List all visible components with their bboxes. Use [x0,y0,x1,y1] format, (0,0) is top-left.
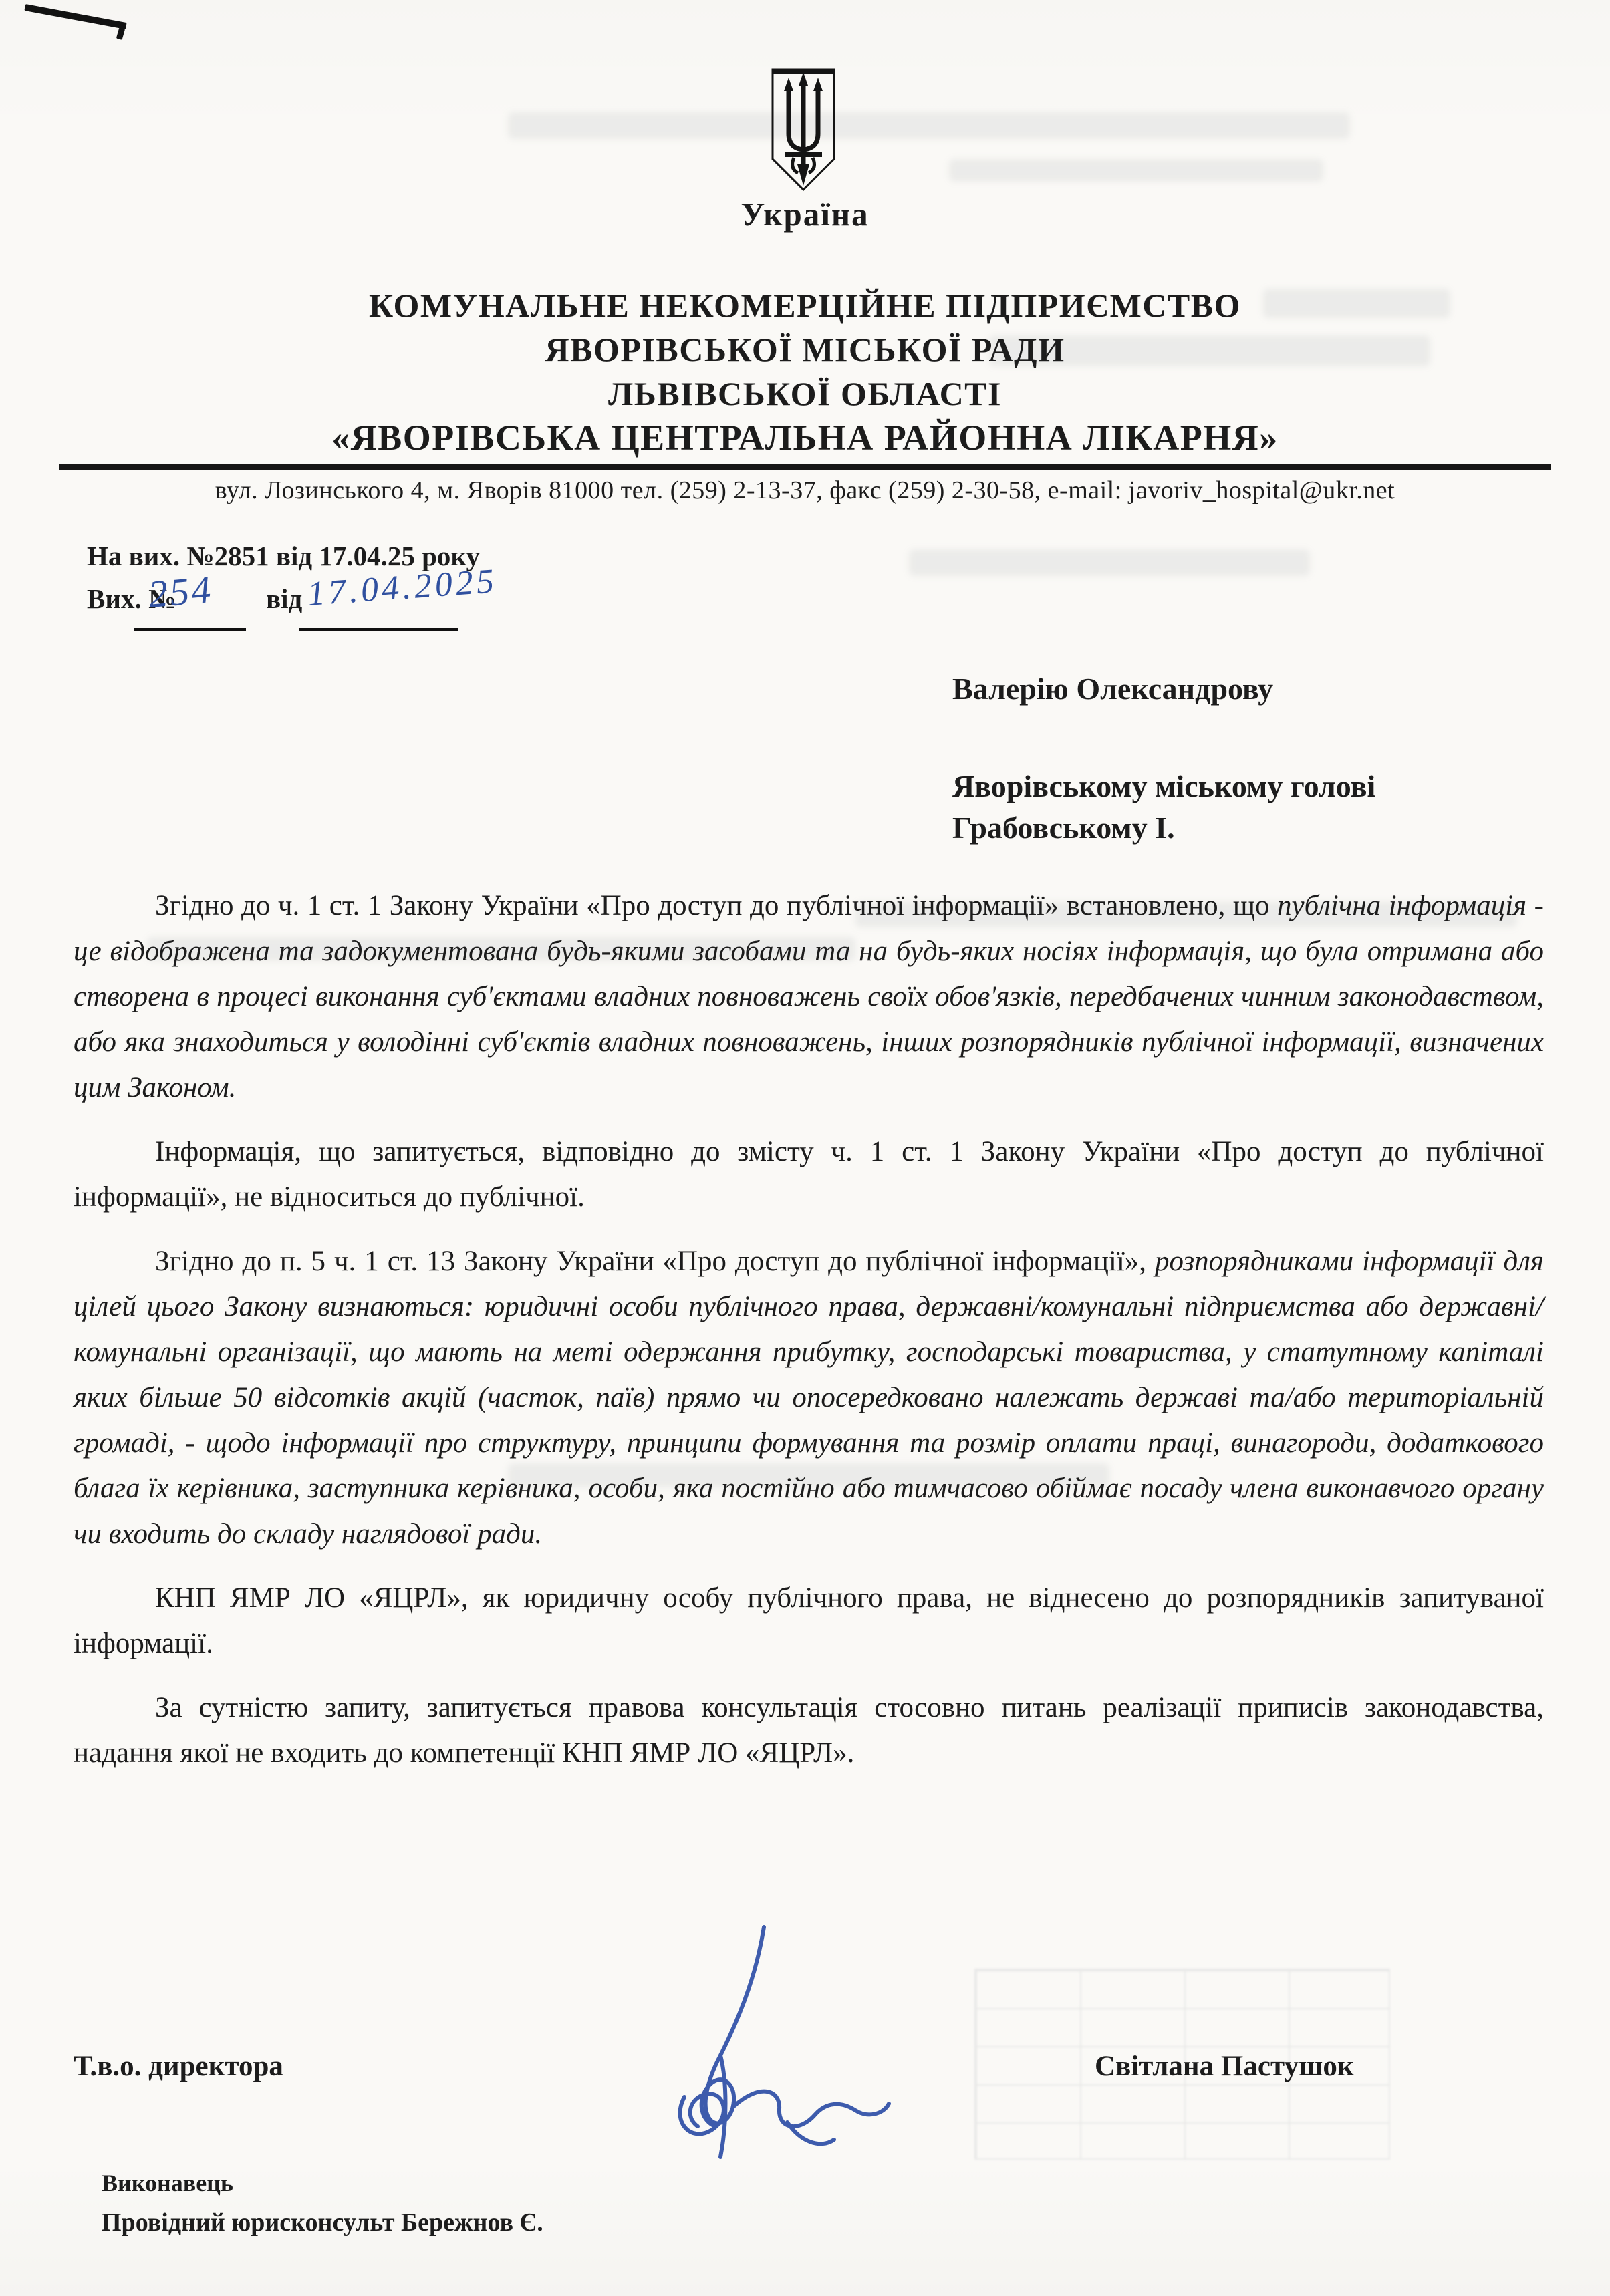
addressee-name: Валерію Олександрову [952,668,1375,710]
ukraine-trident-emblem [770,67,837,194]
outgoing-date-underline [299,628,458,631]
handwritten-signature [620,1922,901,2162]
date-label: від [266,583,302,615]
bleedthrough-smudge [909,549,1310,576]
paragraph: За сутністю запиту, запитується правова … [74,1685,1544,1776]
org-name-line: «ЯВОРІВСЬКА ЦЕНТРАЛЬНА РАЙОННА ЛІКАРНЯ» [0,416,1610,460]
paragraph: Згідно до п. 5 ч. 1 ст. 13 Закону Україн… [74,1239,1544,1557]
paragraph-run-italic: розпорядниками інформації для цілей цьог… [74,1246,1544,1550]
header-divider-rule [59,464,1551,470]
signoff-name: Світлана Пастушок [1095,2050,1354,2083]
addressee-block: Валерію Олександрову Яворівському місько… [952,668,1375,849]
organization-name-block: КОМУНАЛЬНЕ НЕКОМЕРЦІЙНЕ ПІДПРИЄМСТВО ЯВО… [0,283,1610,460]
scan-artifact-mark [24,4,126,29]
scan-artifact-hook [116,27,125,40]
body-paragraphs: Згідно до ч. 1 ст. 1 Закону України «Про… [74,883,1544,1795]
executor-line: Провідний юрисконсульт Бережнов Є. [102,2208,543,2237]
contact-line: вул. Лозинського 4, м. Яворів 81000 тел.… [0,476,1610,505]
org-name-line: ЛЬВІВСЬКОЇ ОБЛАСТІ [0,372,1610,416]
executor-label: Виконавець [102,2169,233,2197]
addressee-gap [952,710,1375,766]
paragraph: Інформація, що запитується, відповідно д… [74,1129,1544,1220]
signoff-position: Т.в.о. директора [74,2050,283,2083]
outgoing-number-handwritten: 254 [146,567,214,617]
paragraph: КНП ЯМР ЛО «ЯЦРЛ», як юридичну особу пуб… [74,1576,1544,1667]
paragraph-run: Інформація, що запитується, відповідно д… [74,1136,1544,1213]
addressee-surname: Грабовському І. [952,807,1375,849]
org-name-line: ЯВОРІВСЬКОЇ МІСЬКОЇ РАДИ [0,327,1610,372]
country-label: Україна [0,195,1610,233]
paragraph-run-italic: публічна інформація - це відображена та … [74,890,1544,1103]
bleedthrough-smudge [508,112,1350,139]
paragraph-run: Згідно до п. 5 ч. 1 ст. 13 Закону Україн… [155,1246,1155,1277]
outgoing-number-underline [134,628,246,631]
org-name-line: КОМУНАЛЬНЕ НЕКОМЕРЦІЙНЕ ПІДПРИЄМСТВО [0,283,1610,327]
paragraph: Згідно до ч. 1 ст. 1 Закону України «Про… [74,883,1544,1111]
paragraph-run: Згідно до ч. 1 ст. 1 Закону України «Про… [155,890,1277,921]
letter-page: Україна КОМУНАЛЬНЕ НЕКОМЕРЦІЙНЕ ПІДПРИЄМ… [0,0,1610,2296]
paragraph-run: КНП ЯМР ЛО «ЯЦРЛ», як юридичну особу пуб… [74,1582,1544,1659]
bleedthrough-smudge [949,159,1323,182]
paragraph-run: За сутністю запиту, запитується правова … [74,1692,1544,1769]
addressee-title: Яворівському міському голові [952,766,1375,807]
